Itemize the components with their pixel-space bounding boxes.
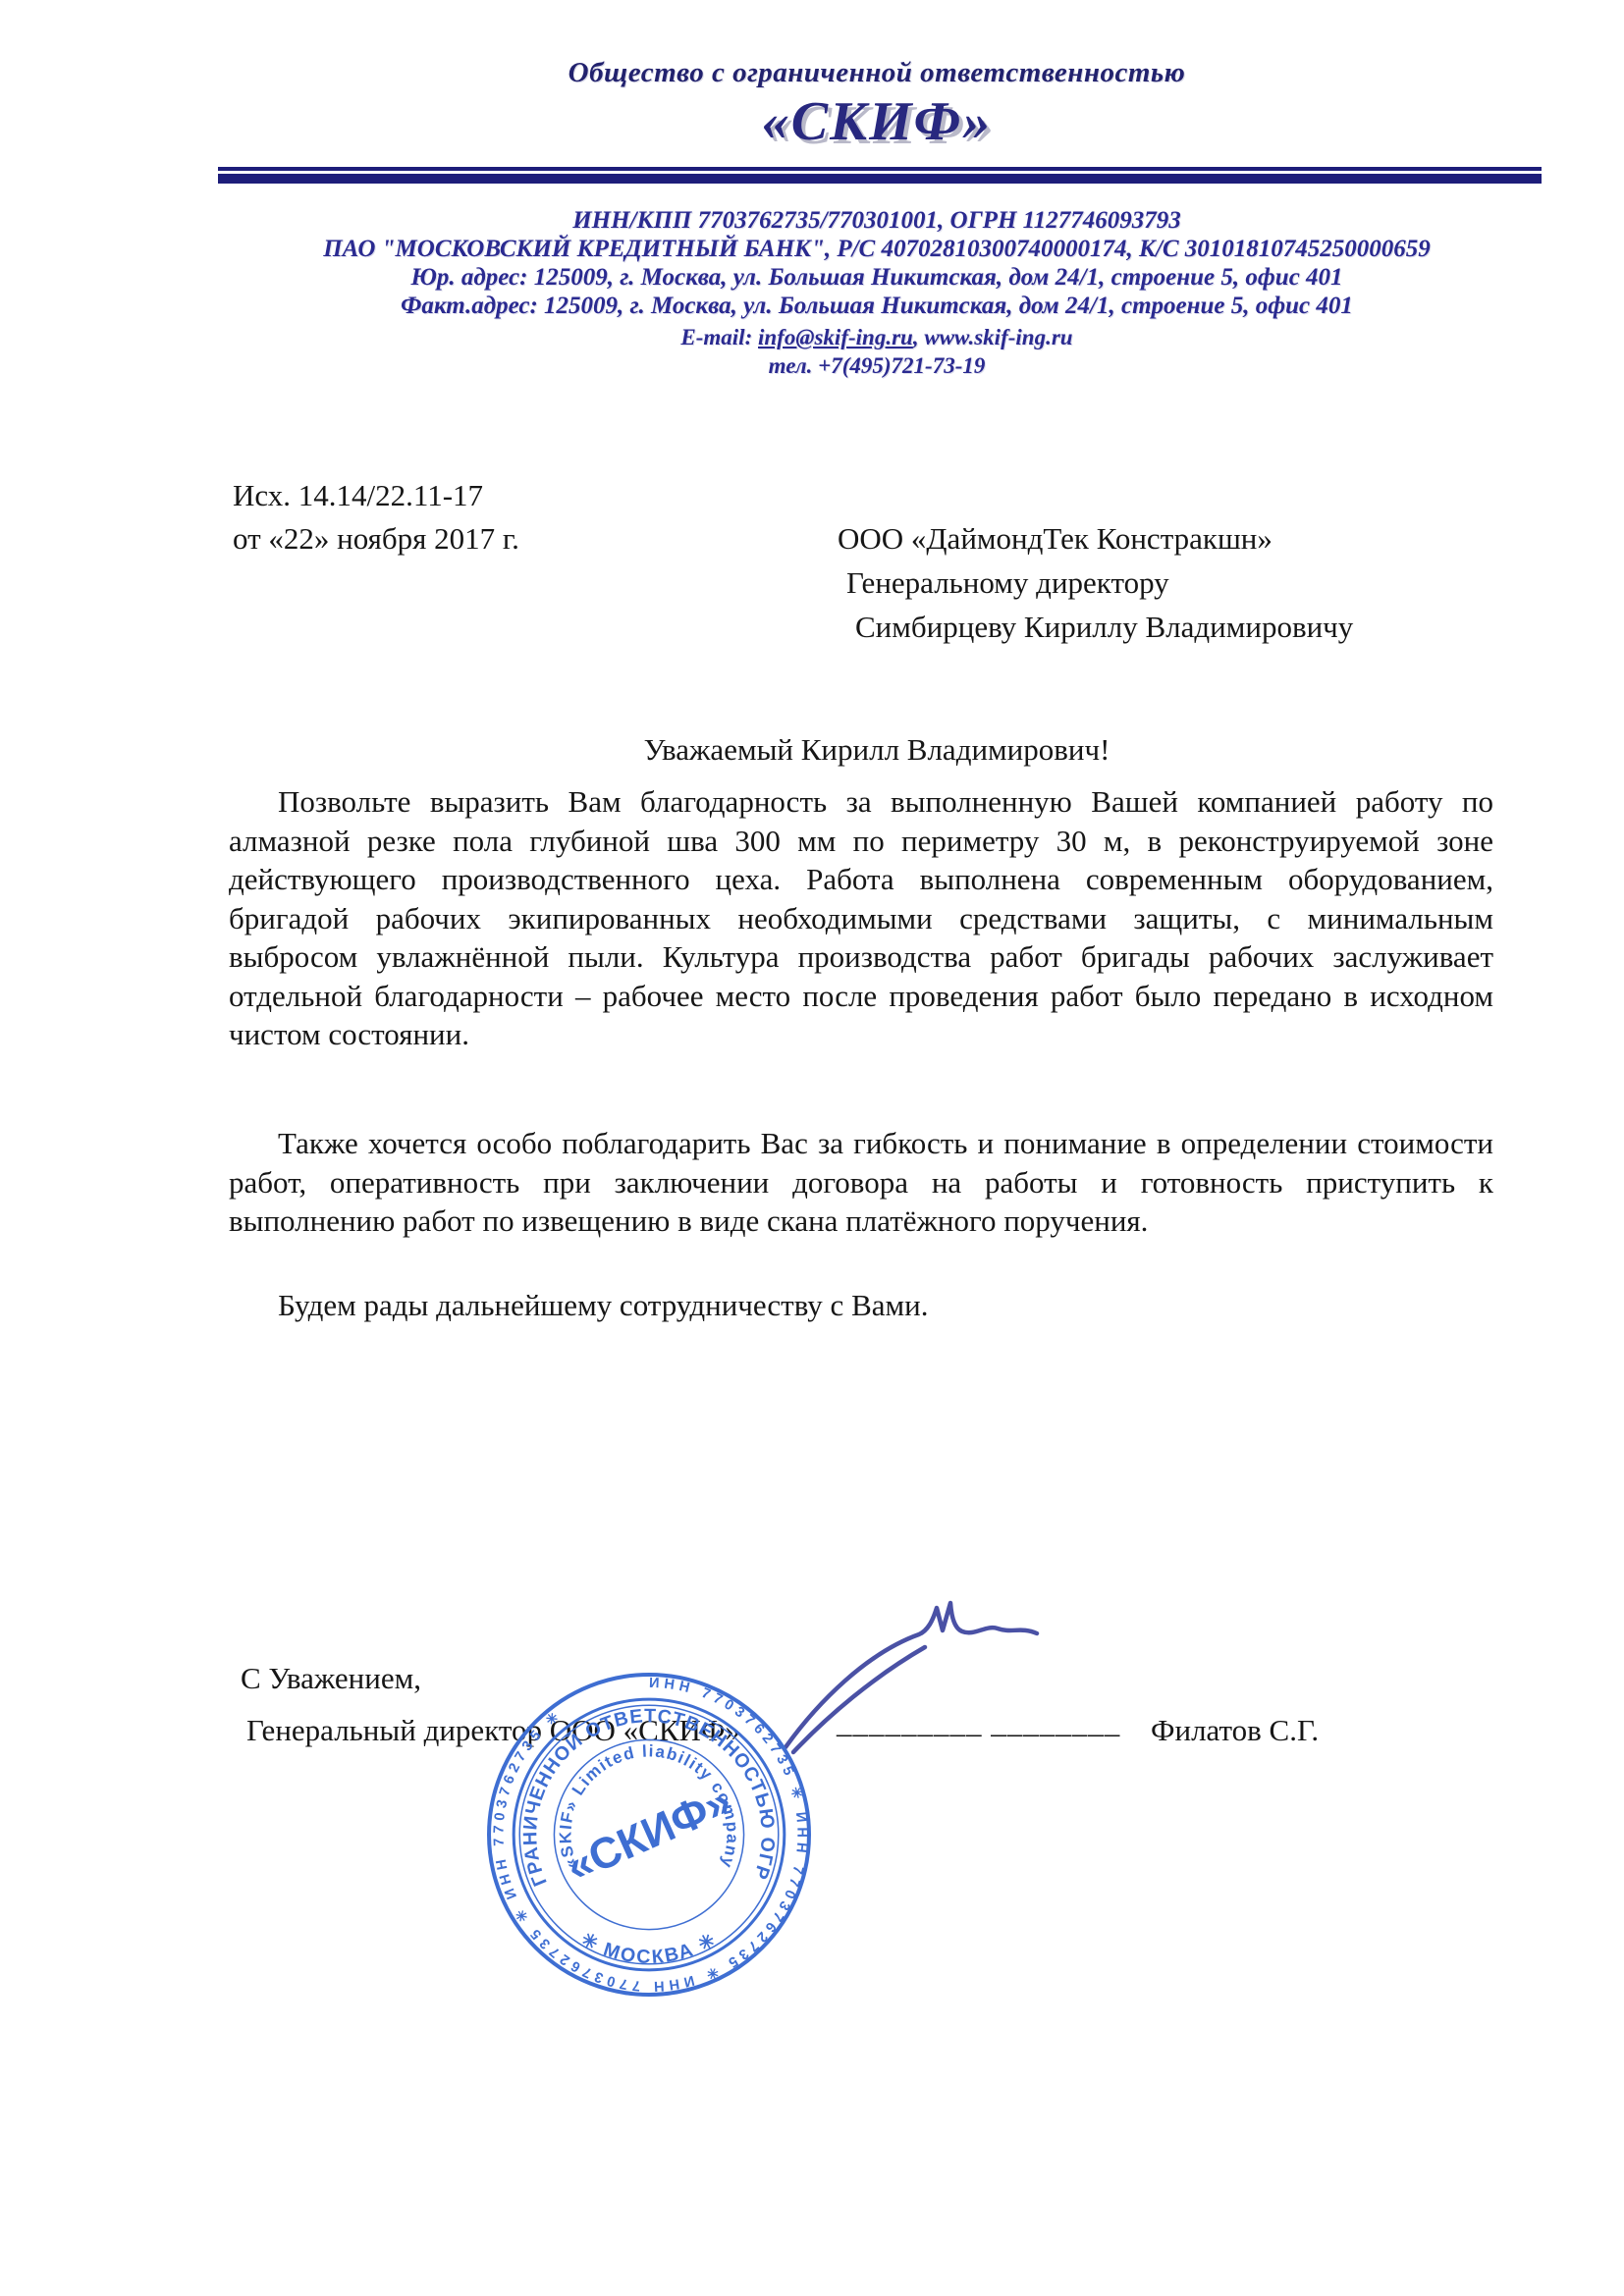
divider-rule [218,167,1542,184]
letter-page: Общество с ограниченной ответственностью… [0,0,1624,2296]
website-text: , www.skif-ing.ru [913,325,1073,349]
phone-line: тел. +7(495)721-73-19 [229,353,1525,379]
body-paragraph-1: Позвольте выразить Вам благодарность за … [229,782,1493,1054]
recipient-name: Симбирцеву Кириллу Владимировичу [855,610,1353,645]
reference-number: Исх. 14.14/22.11-17 [233,478,483,513]
org-name-title: «СКИФ» [229,90,1525,153]
reference-date: от «22» ноября 2017 г. [233,521,519,557]
salutation: Уважаемый Кирилл Владимирович! [229,732,1525,768]
bank-details-line: ПАО "МОСКОВСКИЙ КРЕДИТНЫЙ БАНК", Р/С 407… [229,236,1525,263]
recipient-position: Генеральному директору [846,565,1169,601]
email-line: E-mail: info@skif-ing.ru, www.skif-ing.r… [229,325,1525,350]
stamp-city-text: ✳ МОСКВА ✳ [577,1929,721,1969]
signature-stroke-main [785,1603,1037,1747]
divider-rule-thick [218,174,1542,184]
handwritten-signature [774,1582,1063,1759]
actual-address-line: Факт.адрес: 125009, г. Москва, ул. Больш… [229,293,1525,320]
inn-ogrn-line: ИНН/КПП 7703762735/770301001, ОГРН 11277… [229,207,1525,235]
legal-address-line: Юр. адрес: 125009, г. Москва, ул. Больша… [229,264,1525,292]
body-paragraph-3: Будем рады дальнейшему сотрудничеству с … [229,1286,1493,1325]
org-type-line: Общество с ограниченной ответственностью [229,57,1525,89]
svg-text:✳ МОСКВА ✳: ✳ МОСКВА ✳ [577,1929,721,1969]
company-stamp: ИНН 7703762735 ✳ ИНН 7703762735 ✳ ИНН 77… [485,1671,813,1999]
email-link[interactable]: info@skif-ing.ru [758,325,913,349]
body-paragraph-2: Также хочется особо поблагодарить Вас за… [229,1124,1493,1241]
signature-stroke-second [793,1647,925,1752]
email-label: E-mail: [680,325,758,349]
closing-regards: С Уважением, [241,1661,421,1696]
signer-name: Филатов С.Г. [1151,1713,1319,1748]
recipient-company: ООО «ДаймондТек Констракшн» [838,521,1272,557]
